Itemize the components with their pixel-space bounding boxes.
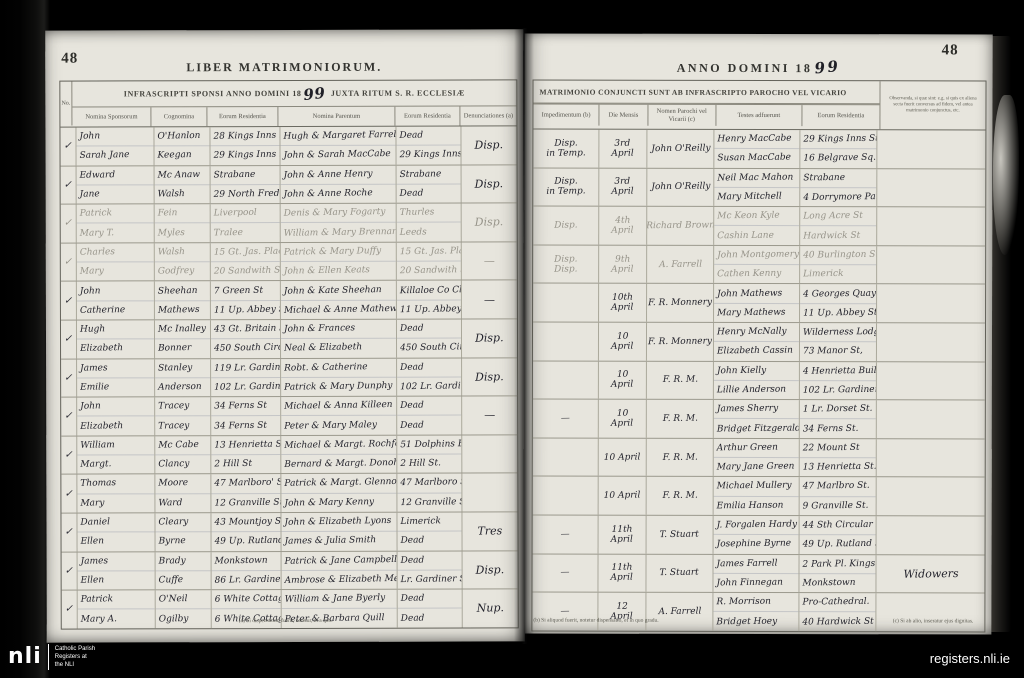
- witness-residence: 1 Lr. Dorset St.: [802, 404, 872, 415]
- entry-parents: John & Ellen Keats: [284, 265, 370, 276]
- entry-parents_residence: 102 Lr. Gardiner St: [400, 381, 461, 392]
- witness-name: J. Forgalen Hardy: [717, 520, 798, 531]
- cell-name: JohnCatherine: [77, 282, 155, 320]
- check-mark: ✓: [64, 450, 73, 461]
- register-row: ✓JohnSarah JaneO'HanlonKeegan28 Kings In…: [60, 126, 516, 166]
- register-row: —10AprilF. R. M.James SherryBridget Fitz…: [533, 400, 985, 440]
- cell-residence: 13 Henrietta St2 Hill St: [211, 436, 281, 474]
- cell-die-mensis: 3rdApril: [599, 130, 647, 168]
- denunciation-text: —: [484, 409, 495, 422]
- die-text: April: [611, 264, 633, 274]
- cell-testes: Henry McNallyElizabeth Cassin: [714, 323, 799, 361]
- parochus-name: T. Stuart: [660, 529, 699, 539]
- cell-observanda: [877, 516, 985, 554]
- cell-residence: 34 Ferns St34 Ferns St: [211, 397, 281, 435]
- cell-check: ✓: [61, 436, 77, 474]
- nli-logo: nli Catholic Parish Registers at the NLI: [8, 644, 95, 670]
- cell-name: ThomasMary: [77, 475, 155, 513]
- cell-check: ✓: [61, 359, 77, 397]
- denunciation-text: —: [484, 293, 495, 306]
- right-title-text: ANNO DOMINI 18: [677, 61, 813, 75]
- cell-denunciation: Disp.: [462, 358, 518, 396]
- cell-parochus: F. R. M.: [647, 361, 715, 399]
- entry-residence: 43 Mountjoy Sqre: [214, 516, 280, 527]
- entry-residence: Strabane: [213, 170, 255, 181]
- entry-residence: 43 Gt. Britain St: [214, 324, 280, 335]
- entry-parents_residence: Dead: [400, 362, 424, 372]
- entry-name: William: [80, 440, 115, 451]
- entry-parents: John & Anne Roche: [284, 188, 373, 199]
- cell-die-mensis: 10thApril: [599, 284, 647, 322]
- cell-parents: Patrick & Margt. GlennonJohn & Mary Kenn…: [281, 474, 397, 512]
- parochus-name: F. R. M.: [662, 375, 697, 385]
- site-watermark: registers.nli.ie: [930, 651, 1010, 666]
- cell-residence: 43 Gt. Britain St450 South Circ. Rd: [211, 320, 281, 358]
- right-table-header: MATRIMONIO CONJUNCTI SUNT AB INFRASCRIPT…: [533, 81, 985, 131]
- cell-impedimentum: Disp.in Temp.: [533, 168, 599, 206]
- witness-name: Arthur Green: [717, 443, 778, 454]
- witness-name: Mary Mathews: [717, 307, 786, 318]
- cell-parents: Patrick & Mary DuffyJohn & Ellen Keats: [281, 242, 397, 280]
- entry-parents: Patrick & Mary Duffy: [284, 246, 381, 258]
- entry-name: Elizabeth: [80, 421, 123, 432]
- entry-residence: 7 Green St: [214, 285, 263, 296]
- entry-surname: Mathews: [158, 305, 200, 316]
- cell-residence: 28 Kings Inns Str29 Kings Inns Str: [210, 127, 280, 165]
- cell-denunciation: Disp.: [461, 319, 517, 357]
- cell-surname: BradyCuffe: [156, 552, 212, 590]
- register-row: —11thAprilT. StuartJames FarrellJohn Fin…: [532, 554, 984, 594]
- witness-residence: 44 Sth Circular Rd: [802, 520, 876, 531]
- book-gutter-shadow: [514, 28, 534, 644]
- entry-surname: O'Hanlon: [158, 131, 201, 142]
- entry-surname: Brady: [159, 556, 186, 566]
- register-row: ✓ThomasMaryMooreWard47 Marlboro' St12 Gr…: [61, 474, 517, 514]
- cell-die-mensis: 10April: [599, 361, 647, 399]
- die-text: 10 April: [604, 452, 641, 462]
- entry-residence: 119 Lr. Gardiner St: [214, 362, 280, 373]
- witness-residence: 4 Henrietta Buildings: [803, 365, 877, 376]
- entry-surname: O'Neil: [159, 594, 188, 604]
- register-row: ✓WilliamMargt.Mc CabeClancy13 Henrietta …: [61, 435, 517, 475]
- register-row: 10AprilF. R. M.John KiellyLillie Anderso…: [533, 361, 985, 401]
- parochus-name: F. R. M.: [662, 491, 697, 501]
- register-row: ✓DanielEllenClearyByrne43 Mountjoy Sqre4…: [61, 512, 517, 552]
- cell-testes: John MathewsMary Mathews: [714, 284, 799, 322]
- die-text: 9th: [615, 254, 630, 264]
- cell-parochus: A. Farrell: [647, 246, 715, 284]
- entry-surname: Byrne: [159, 536, 186, 546]
- entry-parents: Denis & Mary Fogarty: [284, 207, 386, 219]
- cell-die-mensis: 4thApril: [599, 207, 647, 245]
- entry-parents_residence: Dead: [399, 131, 423, 141]
- witness-residence: Strabane: [803, 173, 845, 183]
- cell-testes: Henry MacCabeSusan MacCabe: [715, 130, 800, 168]
- witness-name: Cashin Lane: [718, 230, 775, 241]
- cell-testes-residentia: 4 Henrietta Buildings102 Lr. Gardiner St: [800, 362, 878, 400]
- witness-residence: Monkstown: [802, 578, 855, 589]
- register-row: 10 AprilF. R. M.Arthur GreenMary Jane Gr…: [533, 438, 985, 478]
- entry-surname: Stanley: [158, 363, 192, 374]
- column-header: Nomina Sponsorum: [72, 107, 151, 126]
- check-mark: ✓: [64, 334, 73, 345]
- cell-impedimentum: —: [532, 554, 598, 592]
- parochus-name: F. R. M.: [662, 452, 697, 462]
- cell-name: JohnSarah Jane: [76, 127, 154, 165]
- die-text: April: [611, 148, 633, 158]
- impedimentum-text: Disp.: [554, 254, 577, 264]
- witness-residence: 2 Park Pl. Kingstown: [802, 558, 876, 569]
- entry-parents_residence: Dead: [400, 189, 424, 199]
- entry-parents: Patrick & Jane Campbell: [285, 555, 397, 567]
- cell-parochus: F. R. Monnery: [647, 323, 715, 361]
- witness-residence: 4 Dorrymore Parade N.C.R.: [803, 192, 877, 203]
- cell-testes: Arthur GreenMary Jane Green: [714, 439, 799, 477]
- cell-parents_residence: Dead102 Lr. Gardiner St: [397, 358, 462, 396]
- cell-die-mensis: 12April: [598, 593, 646, 631]
- cell-name: WilliamMargt.: [77, 436, 155, 474]
- die-text: 12: [616, 602, 628, 612]
- cell-testes: Neil Mac MahonMary Mitchell: [715, 169, 800, 207]
- witness-name: John Montgomery: [718, 249, 799, 260]
- entry-parents_residence: Dead: [400, 324, 424, 334]
- document-scan-viewer[interactable]: 48 LIBER MATRIMONIORUM. No.INFRASCRIPTI …: [0, 0, 1024, 678]
- cell-die-mensis: 11thApril: [598, 554, 646, 592]
- die-text: 3rd: [615, 138, 631, 148]
- die-text: April: [611, 419, 633, 429]
- column-header: Testes adfuerunt: [716, 105, 802, 126]
- column-header: Impedimentum (b): [533, 105, 599, 126]
- cell-check: ✓: [61, 475, 77, 513]
- die-text: April: [611, 187, 633, 197]
- cell-observanda: [877, 439, 985, 477]
- entry-surname: Cleary: [159, 517, 189, 527]
- matrimonio-table: MATRIMONIO CONJUNCTI SUNT AB INFRASCRIPT…: [531, 80, 986, 633]
- column-header: Cognomina: [151, 107, 207, 126]
- cell-parents_residence: Dead29 Kings Inns St: [397, 127, 462, 165]
- register-row: ✓JohnCatherineSheehanMathews7 Green St11…: [61, 281, 517, 321]
- cell-residence: Strabane29 North Frederick St: [210, 166, 280, 204]
- right-page-title: ANNO DOMINI 1899: [525, 58, 993, 77]
- entry-parents: John & Elizabeth Lyons: [285, 516, 392, 528]
- entry-residence: 20 Sandwith St: [213, 266, 279, 277]
- nli-logo-mark: nli: [8, 647, 42, 667]
- denunciation-text: Disp.: [475, 331, 504, 344]
- entry-surname: Walsh: [158, 189, 185, 199]
- entry-parents_residence: 47 Marlboro St: [400, 478, 461, 489]
- entry-parents_residence: 20 Sandwith St: [400, 265, 461, 276]
- register-left-page: 48 LIBER MATRIMONIORUM. No.INFRASCRIPTI …: [45, 29, 525, 642]
- entry-surname: Ward: [159, 498, 183, 508]
- cell-testes-residentia: 40 Burlington StLimerick: [800, 246, 878, 284]
- entry-residence: 34 Ferns St: [214, 401, 267, 412]
- page-curl-highlight: [993, 95, 1019, 255]
- die-text: April: [611, 534, 633, 544]
- cell-parents: Patrick & Jane CampbellAmbrose & Elizabe…: [282, 551, 398, 589]
- cell-impedimentum: Disp.in Temp.: [533, 130, 599, 168]
- entry-surname: Anderson: [158, 382, 202, 393]
- die-text: 10: [616, 370, 628, 380]
- entry-parents_residence: Dead: [400, 420, 424, 430]
- cell-denunciation: Disp.: [461, 204, 517, 242]
- entry-parents_residence: Killaloe Co Clare: [400, 284, 461, 295]
- cell-testes: James SherryBridget Fitzgerald: [714, 400, 799, 438]
- denunciation-text: Tres: [477, 524, 502, 537]
- cell-testes: James FarrellJohn Finnegan: [714, 554, 799, 592]
- entry-residence: Tralee: [213, 228, 242, 238]
- entry-parents_residence: 2 Hill St.: [400, 458, 441, 469]
- cell-observanda: [877, 246, 985, 284]
- parochus-name: T. Stuart: [660, 568, 699, 578]
- cell-parents: John & FrancesNeal & Elizabeth: [281, 320, 397, 358]
- register-row: —11thAprilT. StuartJ. Forgalen HardyJose…: [533, 515, 985, 555]
- entry-parents_residence: Strabane: [400, 169, 442, 180]
- witness-name: Emilia Hanson: [717, 500, 784, 511]
- die-text: April: [611, 226, 633, 236]
- entry-parents_residence: Dead: [400, 401, 424, 411]
- die-text: 10: [616, 331, 628, 341]
- register-row: ✓JohnElizabethTraceyTracey34 Ferns St34 …: [61, 397, 517, 437]
- cell-parochus: John O'Reilly: [647, 168, 715, 206]
- denunciation-text: Disp.: [476, 563, 505, 576]
- cell-die-mensis: 10April: [599, 323, 647, 361]
- witness-name: James Farrell: [717, 558, 778, 569]
- register-row: Disp.in Temp.3rdAprilJohn O'ReillyNeil M…: [533, 168, 985, 208]
- entry-parents_residence: Dead: [401, 594, 425, 604]
- cell-impedimentum: [533, 361, 599, 399]
- witness-name: Mc Keon Kyle: [718, 211, 781, 222]
- denunciation-text: Disp.: [475, 370, 504, 383]
- impedimentum-text: —: [560, 568, 569, 578]
- cell-observanda: [878, 130, 986, 168]
- cell-denunciation: Tres: [462, 512, 518, 550]
- right-page-number: 48: [942, 42, 959, 59]
- register-row: Disp.in Temp.3rdAprilJohn O'ReillyHenry …: [533, 130, 985, 170]
- cell-parents_residence: StrabaneDead: [397, 165, 462, 203]
- impedimentum-text: Disp.: [554, 220, 577, 230]
- entry-residence: Monkstown: [214, 555, 267, 566]
- entry-parents: James & Julia Smith: [285, 535, 377, 547]
- cell-observanda: [877, 207, 985, 245]
- cell-check: ✓: [60, 128, 76, 166]
- cell-residence: 15 Gt. Jas. Place20 Sandwith St: [210, 243, 280, 281]
- entry-parents_residence: 11 Up. Abbey St: [400, 304, 461, 315]
- entry-residence: 450 South Circ. Rd: [214, 343, 280, 354]
- entry-residence: 47 Marlboro' St: [214, 478, 280, 489]
- cell-name: JamesEllen: [77, 552, 155, 590]
- cell-parochus: T. Stuart: [646, 554, 714, 592]
- cell-parents_residence: 47 Marlboro St12 Granville St: [397, 474, 462, 512]
- cell-surname: O'HanlonKeegan: [155, 127, 211, 165]
- denunciation-text: Nup.: [476, 602, 503, 615]
- cell-surname: TraceyTracey: [155, 397, 211, 435]
- cell-parents_residence: DeadLr. Gardiner St: [398, 551, 463, 589]
- entry-name: Edward: [79, 170, 115, 181]
- footnote-c: (c) Si ab alio, inseratur ejus dignitas.: [893, 618, 974, 624]
- header-pre: INFRASCRIPTI SPONSI ANNO DOMINI 18: [124, 89, 302, 98]
- witness-name: Elizabeth Cassin: [717, 346, 793, 357]
- die-text: 10th: [612, 293, 633, 303]
- register-row: ✓JamesEllenBradyCuffeMonkstown86 Lr. Gar…: [62, 551, 518, 591]
- cell-name: CharlesMary: [77, 243, 155, 281]
- cell-surname: StanleyAnderson: [155, 359, 211, 397]
- witness-name: John Finnegan: [717, 578, 784, 589]
- cell-parochus: F. R. M.: [646, 439, 714, 477]
- witness-name: John Mathews: [717, 288, 782, 299]
- entry-surname: Sheehan: [158, 285, 198, 296]
- column-header: Eorum Residentia: [395, 107, 460, 126]
- register-row: 10thAprilF. R. MonneryJohn MathewsMary M…: [533, 284, 985, 324]
- entry-name: Patrick: [80, 594, 112, 605]
- cell-parents_residence: 51 Dolphins Barn2 Hill St.: [397, 435, 462, 473]
- column-no: No.: [60, 82, 72, 126]
- cell-testes: Mc Keon KyleCashin Lane: [715, 207, 800, 245]
- column-header: Eorum Residentia: [207, 107, 278, 126]
- check-mark: ✓: [64, 218, 73, 229]
- register-row: —12AprilA. FarrellR. MorrisonBridget Hoe…: [532, 593, 984, 632]
- register-row: ✓EdwardJaneMc AnawWalshStrabane29 North …: [61, 165, 517, 205]
- cell-testes-residentia: 2 Park Pl. KingstownMonkstown: [799, 555, 877, 593]
- cell-parents: John & Anne HenryJohn & Anne Roche: [281, 165, 397, 203]
- impedimentum-text: —: [561, 413, 570, 423]
- entry-parents: Michael & Anna Killeen: [284, 400, 393, 412]
- witness-residence: Pro-Cathedral.: [802, 597, 869, 608]
- cell-parochus: F. R. M.: [646, 477, 714, 515]
- register-row: ✓CharlesMaryWalshGodfrey15 Gt. Jas. Plac…: [61, 242, 517, 282]
- cell-surname: FeinMyles: [155, 204, 211, 242]
- handwritten-year: 99: [303, 83, 327, 103]
- entry-parents: Patrick & Mary Dunphy: [284, 381, 392, 393]
- witness-residence: 16 Belgrave Sq.: [803, 153, 876, 164]
- entry-parents: Hugh & Margaret Farrell: [283, 130, 395, 142]
- entry-surname: Myles: [158, 228, 185, 238]
- cell-testes-residentia: 4 Georges Quay11 Up. Abbey St.: [800, 284, 878, 322]
- parochus-name: John O'Reilly: [651, 182, 710, 193]
- cell-die-mensis: 3rdApril: [599, 168, 647, 206]
- left-page-title: LIBER MATRIMONIORUM.: [45, 59, 523, 75]
- cell-check: ✓: [61, 166, 77, 204]
- cell-observanda: [877, 478, 985, 516]
- die-text: 10 April: [604, 491, 641, 501]
- witness-name: Mary Mitchell: [718, 192, 783, 203]
- check-mark: ✓: [65, 488, 74, 499]
- entry-residence: 102 Lr. Gardiner St: [214, 381, 280, 392]
- witness-name: Mary Jane Green: [717, 462, 795, 473]
- entry-parents: Robt. & Catherine: [284, 362, 368, 373]
- sponsi-table: No.INFRASCRIPTI SPONSI ANNO DOMINI 1899 …: [59, 79, 518, 629]
- impedimentum-text: in Temp.: [546, 148, 585, 158]
- entry-name: Charles: [80, 247, 115, 258]
- cell-testes-residentia: 22 Mount St13 Henrietta St.: [799, 439, 877, 477]
- witness-name: R. Morrison: [717, 597, 772, 608]
- cell-die-mensis: 11thApril: [598, 516, 646, 554]
- denunciation-text: Disp.: [474, 139, 503, 152]
- right-footnotes: (b) Si aliquod fuerit, notetur dispensat…: [533, 618, 973, 625]
- cell-observanda: [877, 593, 985, 631]
- entry-name: Margt.: [80, 459, 111, 470]
- cell-surname: MooreWard: [156, 475, 212, 513]
- entry-surname: Mc Anaw: [158, 170, 201, 181]
- cell-testes: Michael MulleryEmilia Hanson: [714, 477, 799, 515]
- entry-residence: 12 Granville St: [214, 497, 280, 508]
- cell-parochus: F. R. M.: [647, 400, 715, 438]
- entry-parents: John & Kate Sheehan: [284, 285, 382, 297]
- cell-parochus: Richard Brown: [647, 207, 715, 245]
- entry-parents_residence: Thurles: [400, 208, 435, 219]
- denunciation-text: Disp.: [475, 216, 504, 229]
- witness-name: Henry McNally: [717, 327, 787, 338]
- cell-surname: SheehanMathews: [155, 282, 211, 320]
- entry-name: Catherine: [80, 305, 125, 316]
- check-mark: ✓: [65, 565, 74, 576]
- cell-parents_residence: ThurlesLeeds: [397, 204, 462, 242]
- entry-residence: 86 Lr. Gardiner St: [214, 574, 280, 585]
- entry-parents: William & Jane Byerly: [285, 593, 386, 605]
- entry-surname: Mc Cabe: [158, 440, 199, 451]
- column-header: Die Mensis: [600, 105, 648, 126]
- footnote-b: (b) Si aliquod fuerit, notetur dispensat…: [533, 618, 658, 624]
- impedimentum-text: —: [560, 529, 569, 539]
- die-text: April: [611, 341, 633, 351]
- column-headers: Nomina SponsorumCognominaEorum Residenti…: [72, 105, 516, 126]
- table-main-header: INFRASCRIPTI SPONSI ANNO DOMINI 1899 JUX…: [72, 80, 516, 106]
- cell-die-mensis: 10 April: [598, 477, 646, 515]
- entry-name: Elizabeth: [80, 344, 123, 355]
- entry-surname: Moore: [158, 479, 188, 489]
- entry-name: John: [80, 402, 101, 412]
- cell-denunciation: [462, 435, 518, 473]
- witness-residence: 9 Granville St.: [802, 501, 868, 512]
- die-text: 10: [616, 409, 628, 419]
- die-text: April: [611, 380, 633, 390]
- witness-name: Henry MacCabe: [718, 134, 792, 145]
- cell-observanda: Widowers: [877, 555, 985, 593]
- cell-impedimentum: —: [533, 400, 599, 438]
- impedimentum-text: Disp.: [554, 264, 577, 274]
- cell-surname: Mc AnawWalsh: [155, 166, 211, 204]
- witness-residence: 4 Georges Quay: [803, 288, 876, 299]
- entry-surname: Tracey: [158, 421, 189, 432]
- column-observanda: Observanda, si quæ sint: e.g. si quis ex…: [879, 81, 985, 129]
- entry-surname: Mc Inalley: [158, 324, 206, 335]
- cell-observanda: [877, 400, 985, 438]
- entry-name: Mary: [80, 267, 104, 277]
- witness-residence: 73 Manor St,: [803, 346, 863, 357]
- entry-name: John: [80, 286, 101, 296]
- entry-parents_residence: Dead: [401, 555, 425, 565]
- entry-parents_residence: Lr. Gardiner St: [401, 574, 462, 585]
- left-footnote: (a) Si dispensatum fuerit, notetur, et a…: [47, 617, 525, 624]
- impedimentum-text: Disp.: [554, 138, 577, 148]
- logo-divider: [48, 644, 49, 670]
- entry-name: John: [79, 131, 100, 141]
- cell-impedimentum: —: [533, 515, 599, 553]
- cell-parents: Denis & Mary FogartyWilliam & Mary Brenn…: [281, 204, 397, 242]
- entry-residence: 28 Kings Inns Str: [213, 131, 279, 142]
- entry-parents: John & Sarah MacCabe: [284, 149, 391, 161]
- check-mark: ✓: [65, 604, 74, 615]
- column-header: Nomina Parentum: [278, 107, 395, 126]
- cell-parents: John & Kate SheehanMichael & Anne Mathew…: [281, 281, 397, 319]
- cell-die-mensis: 9thApril: [599, 245, 647, 283]
- entry-name: Ellen: [80, 575, 104, 585]
- cell-testes-residentia: 44 Sth Circular Rd49 Up. Rutland St.: [799, 516, 877, 554]
- cell-denunciation: Disp.: [461, 126, 517, 164]
- cell-die-mensis: 10April: [598, 400, 646, 438]
- entry-parents_residence: Dead: [401, 536, 425, 546]
- left-table-header: No.INFRASCRIPTI SPONSI ANNO DOMINI 1899 …: [60, 80, 516, 127]
- cell-testes: J. Forgalen HardyJosephine Byrne: [714, 516, 799, 554]
